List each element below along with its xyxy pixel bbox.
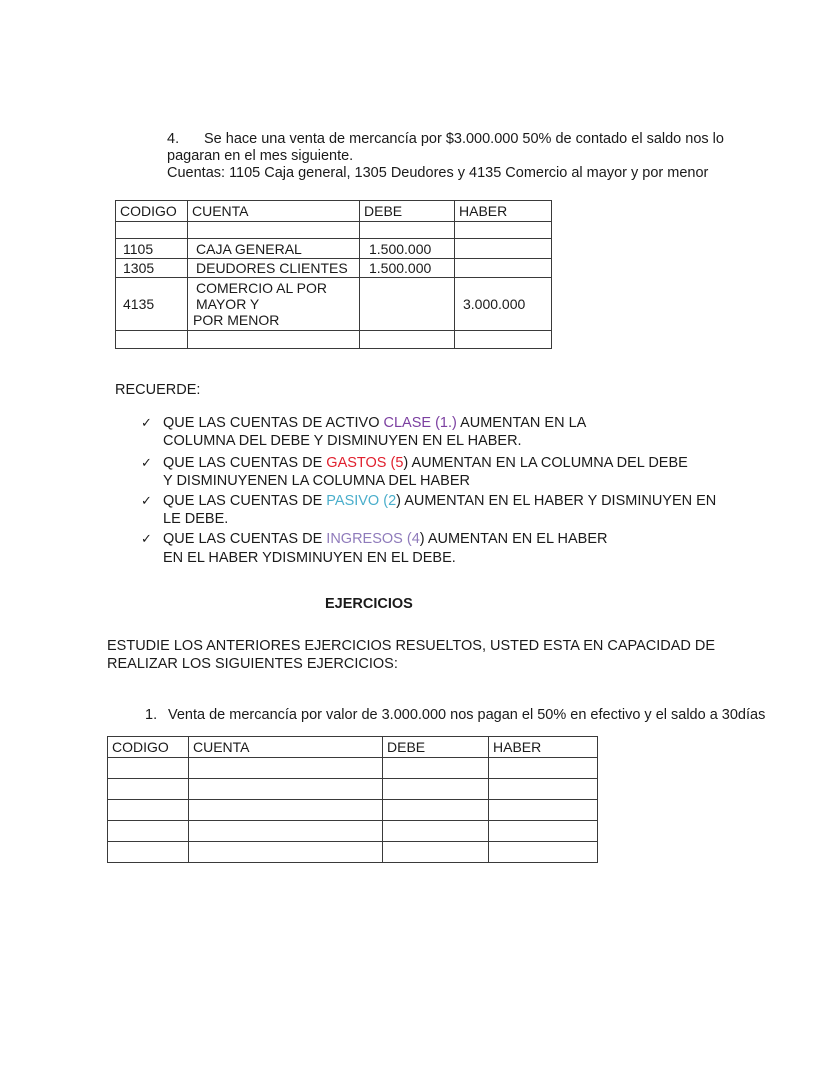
table-header-row: CODIGO CUENTA DEBE HABER <box>108 737 598 758</box>
checkmark-icon: ✓ <box>141 492 163 509</box>
cell-codigo <box>116 222 188 239</box>
recuerde-title: RECUERDE: <box>115 382 200 399</box>
cell-codigo: 1305 <box>116 259 188 278</box>
table-row: 1305 DEUDORES CLIENTES 1.500.000 <box>116 259 552 278</box>
recuerde-item-line-2: Y DISMINUYENEN LA COLUMNA DEL HABER <box>163 473 470 490</box>
cell-haber <box>455 239 552 259</box>
recuerde-item: ✓QUE LAS CUENTAS DE GASTOS (5) AUMENTAN … <box>141 454 688 472</box>
cell-codigo[interactable] <box>108 842 189 863</box>
cell-cuenta[interactable] <box>189 800 383 821</box>
cell-haber <box>455 222 552 239</box>
cell-debe <box>360 222 455 239</box>
recuerde-item: ✓QUE LAS CUENTAS DE PASIVO (2) AUMENTAN … <box>141 492 716 510</box>
header-haber: HABER <box>489 737 598 758</box>
highlight-clase: CLASE (1.) <box>384 415 457 431</box>
cell-cuenta[interactable] <box>189 821 383 842</box>
table-row <box>108 758 598 779</box>
cell-debe[interactable] <box>383 800 489 821</box>
exercise-entry-table: CODIGO CUENTA DEBE HABER <box>107 736 598 863</box>
recuerde-item: ✓QUE LAS CUENTAS DE ACTIVO CLASE (1.) AU… <box>141 414 586 432</box>
table-header-row: CODIGO CUENTA DEBE HABER <box>116 201 552 222</box>
ejercicios-intro-line-1: ESTUDIE LOS ANTERIORES EJERCICIOS RESUEL… <box>107 638 715 655</box>
cell-debe[interactable] <box>383 842 489 863</box>
highlight-gastos: GASTOS (5 <box>326 455 403 471</box>
cell-haber <box>455 331 552 349</box>
table-row <box>108 821 598 842</box>
cell-debe: 1.500.000 <box>360 259 455 278</box>
cell-haber[interactable] <box>489 842 598 863</box>
example-number: 4. <box>167 131 179 148</box>
cell-haber[interactable] <box>489 779 598 800</box>
recuerde-item-line-2: COLUMNA DEL DEBE Y DISMINUYEN EN EL HABE… <box>163 433 522 450</box>
header-codigo: CODIGO <box>108 737 189 758</box>
cell-cuenta <box>188 222 360 239</box>
recuerde-item-line-2: LE DEBE. <box>163 511 228 528</box>
cell-cuenta: CAJA GENERAL <box>188 239 360 259</box>
ejercicios-title: EJERCICIOS <box>325 596 413 613</box>
header-debe: DEBE <box>360 201 455 222</box>
recuerde-item: ✓QUE LAS CUENTAS DE INGRESOS (4) AUMENTA… <box>141 530 608 548</box>
exercise-number: 1. <box>145 707 157 724</box>
checkmark-icon: ✓ <box>141 414 163 431</box>
table-row <box>108 842 598 863</box>
cell-cuenta[interactable] <box>189 758 383 779</box>
table-row <box>108 800 598 821</box>
cell-haber[interactable] <box>489 800 598 821</box>
cell-debe[interactable] <box>383 779 489 800</box>
cell-codigo[interactable] <box>108 821 189 842</box>
cuenta-line: COMERCIO AL POR <box>192 280 355 296</box>
checkmark-icon: ✓ <box>141 454 163 471</box>
example-text-line-1: Se hace una venta de mercancía por $3.00… <box>204 131 724 148</box>
cell-codigo: 4135 <box>116 278 188 331</box>
cell-debe <box>360 331 455 349</box>
cell-cuenta: DEUDORES CLIENTES <box>188 259 360 278</box>
header-cuenta: CUENTA <box>189 737 383 758</box>
cell-debe[interactable] <box>383 821 489 842</box>
header-codigo: CODIGO <box>116 201 188 222</box>
ejercicios-intro-line-2: REALIZAR LOS SIGUIENTES EJERCICIOS: <box>107 656 398 673</box>
cell-debe[interactable] <box>383 758 489 779</box>
cell-cuenta[interactable] <box>189 842 383 863</box>
exercise-text: Venta de mercancía por valor de 3.000.00… <box>168 707 765 724</box>
table-row <box>116 222 552 239</box>
cell-cuenta[interactable] <box>189 779 383 800</box>
cell-cuenta-multiline: COMERCIO AL POR MAYOR Y POR MENOR <box>188 278 360 331</box>
example-accounts-line: Cuentas: 1105 Caja general, 1305 Deudore… <box>167 165 708 182</box>
example-text-line-2: pagaran en el mes siguiente. <box>167 148 353 165</box>
cell-haber <box>455 259 552 278</box>
table-row <box>116 331 552 349</box>
cell-codigo[interactable] <box>108 758 189 779</box>
cell-haber[interactable] <box>489 758 598 779</box>
cell-haber[interactable] <box>489 821 598 842</box>
cell-codigo <box>116 331 188 349</box>
checkmark-icon: ✓ <box>141 530 163 547</box>
cuenta-line: MAYOR Y <box>192 296 355 312</box>
cell-haber: 3.000.000 <box>455 278 552 331</box>
cell-codigo[interactable] <box>108 779 189 800</box>
highlight-pasivo: PASIVO (2 <box>326 493 396 509</box>
table-row: 4135 COMERCIO AL POR MAYOR Y POR MENOR 3… <box>116 278 552 331</box>
cell-cuenta <box>188 331 360 349</box>
cell-codigo: 1105 <box>116 239 188 259</box>
solved-entry-table: CODIGO CUENTA DEBE HABER 1105 CAJA GENER… <box>115 200 552 349</box>
recuerde-item-line-2: EN EL HABER YDISMINUYEN EN EL DEBE. <box>163 550 456 567</box>
table-row: 1105 CAJA GENERAL 1.500.000 <box>116 239 552 259</box>
header-debe: DEBE <box>383 737 489 758</box>
cuenta-line: POR MENOR <box>192 312 355 328</box>
highlight-ingresos: INGRESOS (4 <box>326 531 419 547</box>
cell-debe <box>360 278 455 331</box>
cell-debe: 1.500.000 <box>360 239 455 259</box>
table-row <box>108 779 598 800</box>
header-cuenta: CUENTA <box>188 201 360 222</box>
header-haber: HABER <box>455 201 552 222</box>
cell-codigo[interactable] <box>108 800 189 821</box>
